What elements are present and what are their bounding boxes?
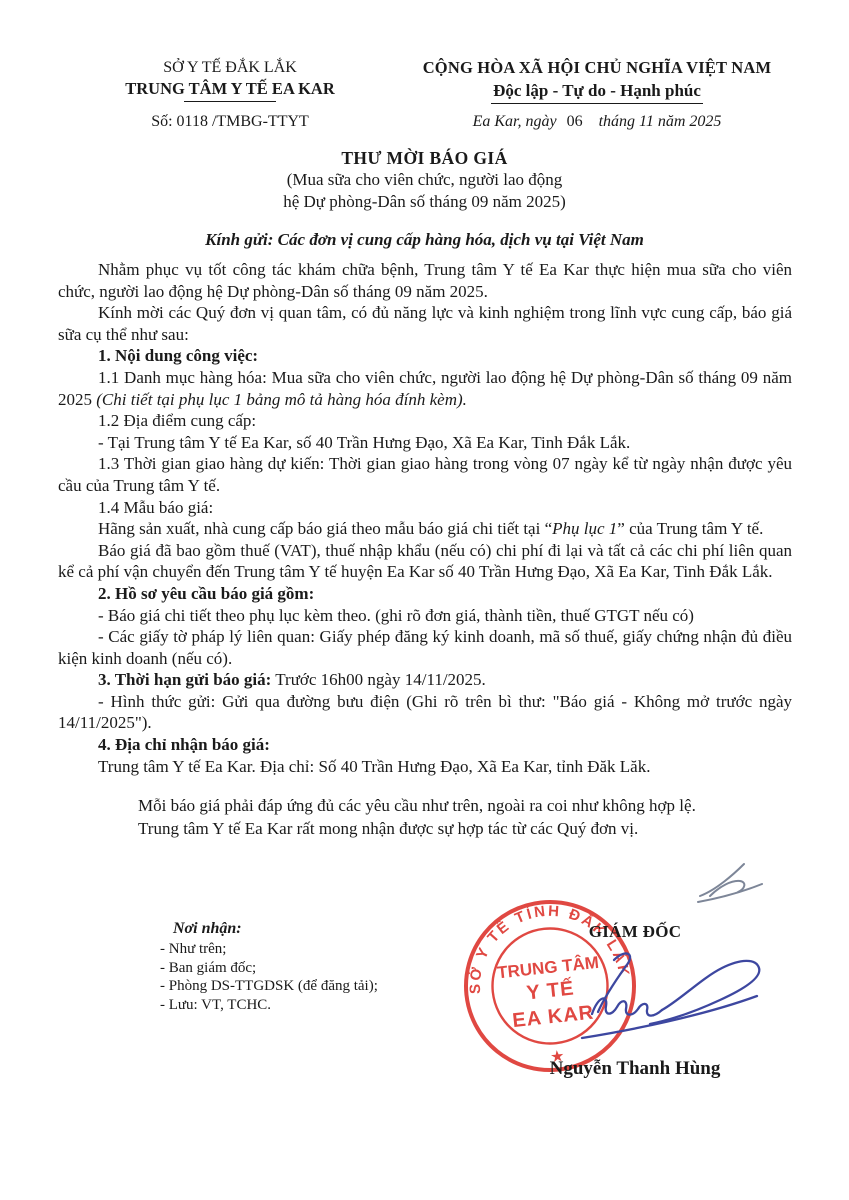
agency-name: TRUNG TÂM Y TẾ EA KAR — [58, 78, 402, 99]
initials-signature-mark — [690, 858, 770, 906]
place-date-line: Ea Kar, ngày06tháng 11 năm 2025 — [402, 113, 792, 131]
section-3-line: 3. Thời hạn gửi báo giá: Trước 16h00 ngà… — [58, 669, 792, 691]
national-title: CỘNG HÒA XÃ HỘI CHỦ NGHĨA VIỆT NAM — [402, 58, 792, 78]
paragraph-1-1: 1.1 Danh mục hàng hóa: Mua sữa cho viên … — [58, 367, 792, 410]
paragraph-1-1-note: (Chi tiết tại phụ lục 1 bảng mô tả hàng … — [96, 390, 467, 409]
recipients-block: Nơi nhận: - Như trên; - Ban giám đốc; - … — [160, 920, 378, 1015]
section-3-heading: 3. Thời hạn gửi báo giá: — [98, 670, 271, 689]
document-title: THƯ MỜI BÁO GIÁ — [0, 147, 849, 169]
paragraph-1-2-address: - Tại Trung tâm Y tế Ea Kar, số 40 Trần … — [58, 432, 792, 454]
document-number: Số: 0118 /TMBG-TTYT — [58, 113, 402, 131]
recipient-item: - Như trên; — [160, 940, 378, 959]
document-subtitle-2: hệ Dự phòng-Dân số tháng 09 năm 2025) — [0, 191, 849, 213]
salutation-line: Kính gửi: Các đơn vị cung cấp hàng hóa, … — [0, 230, 849, 250]
paragraph-1-4-pre: Hãng sản xuất, nhà cung cấp báo giá theo… — [98, 519, 552, 538]
recipients-title: Nơi nhận: — [160, 920, 378, 939]
paragraph-invite: Kính mời các Quý đơn vị quan tâm, có đủ … — [58, 302, 792, 345]
section-1-heading: 1. Nội dung công việc: — [58, 345, 792, 367]
document-page: SỞ Y TẾ ĐẮK LẮK TRUNG TÂM Y TẾ EA KAR Số… — [0, 0, 849, 1200]
director-signature — [552, 930, 772, 1045]
appendix-reference: Phụ lục 1 — [552, 519, 617, 538]
national-motto: Độc lập - Tự do - Hạnh phúc — [491, 80, 703, 104]
national-motto-block: CỘNG HÒA XÃ HỘI CHỦ NGHĨA VIỆT NAM Độc l… — [402, 58, 792, 131]
title-block: THƯ MỜI BÁO GIÁ (Mua sữa cho viên chức, … — [0, 147, 849, 250]
paragraph-4-address: Trung tâm Y tế Ea Kar. Địa chỉ: Số 40 Tr… — [58, 756, 792, 778]
closing-line-1: Mỗi báo giá phải đáp ứng đủ các yêu cầu … — [138, 794, 792, 817]
section-3-deadline: Trước 16h00 ngày 14/11/2025. — [271, 670, 486, 689]
recipient-item: - Ban giám đốc; — [160, 959, 378, 978]
date-prefix: Ea Kar, ngày — [473, 113, 557, 130]
date-suffix: tháng 11 năm 2025 — [599, 113, 722, 130]
paragraph-3-a: - Hình thức gửi: Gửi qua đường bưu điện … — [58, 691, 792, 734]
recipient-item: - Lưu: VT, TCHC. — [160, 996, 378, 1015]
paragraph-1-4-detail: Hãng sản xuất, nhà cung cấp báo giá theo… — [58, 518, 792, 540]
signer-name: Nguyễn Thanh Hùng — [530, 1058, 740, 1080]
paragraph-1-4-post: ” của Trung tâm Y tế. — [617, 519, 763, 538]
agency-underline — [184, 101, 276, 102]
paragraph-intro: Nhằm phục vụ tốt công tác khám chữa bệnh… — [58, 259, 792, 302]
signer-position-title: GIÁM ĐỐC — [545, 922, 725, 942]
issuing-agency-block: SỞ Y TẾ ĐẮK LẮK TRUNG TÂM Y TẾ EA KAR Số… — [58, 58, 402, 131]
parent-agency: SỞ Y TẾ ĐẮK LẮK — [58, 58, 402, 78]
letterhead: SỞ Y TẾ ĐẮK LẮK TRUNG TÂM Y TẾ EA KAR Số… — [0, 0, 849, 131]
section-2-heading: 2. Hồ sơ yêu cầu báo giá gồm: — [58, 583, 792, 605]
paragraph-vat: Báo giá đã bao gồm thuế (VAT), thuế nhập… — [58, 540, 792, 583]
paragraph-1-3: 1.3 Thời gian giao hàng dự kiến: Thời gi… — [58, 453, 792, 496]
date-day: 06 — [567, 113, 583, 130]
paragraph-2-b: - Các giấy tờ pháp lý liên quan: Giấy ph… — [58, 626, 792, 669]
recipient-item: - Phòng DS-TTGDSK (để đăng tải); — [160, 977, 378, 996]
document-subtitle-1: (Mua sữa cho viên chức, người lao động — [0, 169, 849, 191]
section-4-heading: 4. Địa chỉ nhận báo giá: — [58, 734, 792, 756]
closing-line-2: Trung tâm Y tế Ea Kar rất mong nhận được… — [138, 817, 792, 840]
closing-block: Mỗi báo giá phải đáp ứng đủ các yêu cầu … — [58, 794, 792, 840]
paragraph-1-2: 1.2 Địa điểm cung cấp: — [58, 410, 792, 432]
letter-body: Nhằm phục vụ tốt công tác khám chữa bệnh… — [0, 250, 849, 840]
paragraph-2-a: - Báo giá chi tiết theo phụ lục kèm theo… — [58, 605, 792, 627]
paragraph-1-4: 1.4 Mẫu báo giá: — [58, 497, 792, 519]
